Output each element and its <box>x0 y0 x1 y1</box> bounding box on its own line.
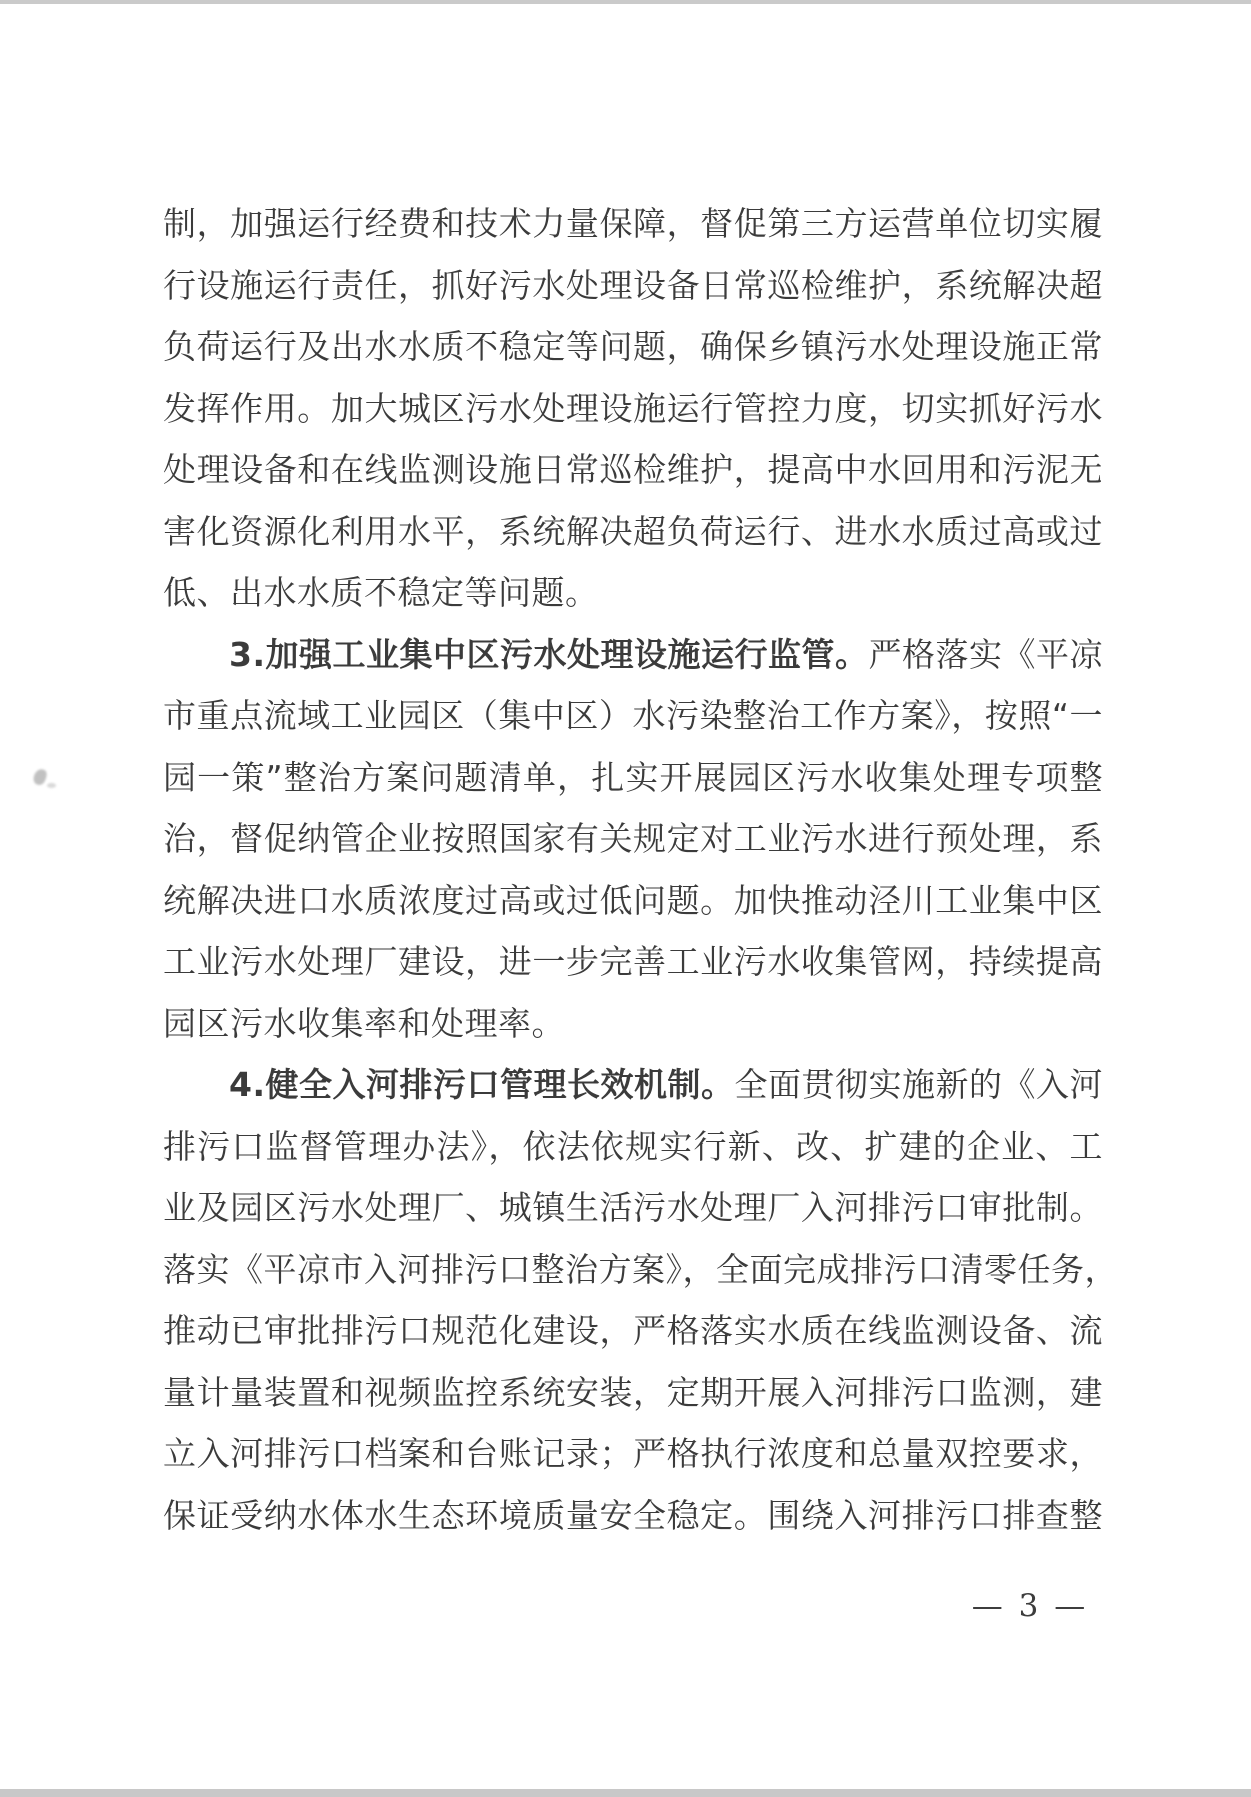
scan-edge-bottom <box>0 1789 1251 1797</box>
text-line: 落实《平凉市入河排污口整治方案》，全面完成排污口清零任务， <box>163 1239 1103 1301</box>
body-text: 立入河排污口档案和台账记录；严格执行浓度和总量双控要求， <box>163 1434 1103 1473</box>
text-line: 保证受纳水体水生态环境质量安全稳定。围绕入河排污口排查整 <box>163 1485 1103 1547</box>
text-line: 园区污水收集率和处理率。 <box>163 993 1103 1055</box>
text-line: 4.健全入河排污口管理长效机制。全面贯彻实施新的《入河 <box>163 1054 1103 1116</box>
text-line: 排污口监督管理办法》，依法依规实行新、改、扩建的企业、工 <box>163 1116 1103 1178</box>
body-text: 业及园区污水处理厂、城镇生活污水处理厂入河排污口审批制。 <box>163 1188 1103 1227</box>
paragraph-heading-text: 4.健全入河排污口管理长效机制。 <box>229 1065 735 1104</box>
text-line: 统解决进口水质浓度过高或过低问题。加快推动泾川工业集中区 <box>163 870 1103 932</box>
body-text: 统解决进口水质浓度过高或过低问题。加快推动泾川工业集中区 <box>163 881 1103 920</box>
text-line: 市重点流域工业园区（集中区）水污染整治工作方案》，按照“一 <box>163 685 1103 747</box>
text-line: 害化资源化利用水平，系统解决超负荷运行、进水水质过高或过 <box>163 501 1103 563</box>
body-text: 严格落实《平凉 <box>869 635 1104 674</box>
text-line: 治，督促纳管企业按照国家有关规定对工业污水进行预处理，系 <box>163 808 1103 870</box>
ink-smudge <box>47 783 56 788</box>
body-text: 负荷运行及出水水质不稳定等问题，确保乡镇污水处理设施正常 <box>163 327 1103 366</box>
body-text: 推动已审批排污口规范化建设，严格落实水质在线监测设备、流 <box>163 1311 1103 1350</box>
text-line: 园一策”整治方案问题清单，扎实开展园区污水收集处理专项整 <box>163 747 1103 809</box>
text-line: 工业污水处理厂建设，进一步完善工业污水收集管网，持续提高 <box>163 931 1103 993</box>
body-text: 害化资源化利用水平，系统解决超负荷运行、进水水质过高或过 <box>163 512 1103 551</box>
body-text: 发挥作用。加大城区污水处理设施运行管控力度，切实抓好污水 <box>163 389 1103 428</box>
body-text: 全面贯彻实施新的《入河 <box>735 1065 1104 1104</box>
text-line: 处理设备和在线监测设施日常巡检维护，提高中水回用和污泥无 <box>163 439 1103 501</box>
text-line: 行设施运行责任，抓好污水处理设备日常巡检维护，系统解决超 <box>163 255 1103 317</box>
body-text: 园区污水收集率和处理率。 <box>163 1004 565 1043</box>
body-text: 落实《平凉市入河排污口整治方案》，全面完成排污口清零任务， <box>163 1250 1118 1289</box>
scanned-document-page: 制，加强运行经费和技术力量保障，督促第三方运营单位切实履行设施运行责任，抓好污水… <box>0 0 1251 1797</box>
body-text: 行设施运行责任，抓好污水处理设备日常巡检维护，系统解决超 <box>163 266 1103 305</box>
body-text: 市重点流域工业园区（集中区）水污染整治工作方案》，按照“一 <box>163 696 1103 735</box>
scan-edge-top <box>0 0 1251 4</box>
body-text: 处理设备和在线监测设施日常巡检维护，提高中水回用和污泥无 <box>163 450 1103 489</box>
body-text: 治，督促纳管企业按照国家有关规定对工业污水进行预处理，系 <box>163 819 1103 858</box>
text-line: 低、出水水质不稳定等问题。 <box>163 562 1103 624</box>
text-block: 制，加强运行经费和技术力量保障，督促第三方运营单位切实履行设施运行责任，抓好污水… <box>163 193 1103 1546</box>
body-text: 低、出水水质不稳定等问题。 <box>163 573 599 612</box>
text-line: 负荷运行及出水水质不稳定等问题，确保乡镇污水处理设施正常 <box>163 316 1103 378</box>
body-text: 保证受纳水体水生态环境质量安全稳定。围绕入河排污口排查整 <box>163 1496 1103 1535</box>
paragraph-heading-text: 3.加强工业集中区污水处理设施运行监管。 <box>229 635 869 674</box>
text-line: 量计量装置和视频监控系统安装，定期开展入河排污口监测，建 <box>163 1362 1103 1424</box>
body-text: 制，加强运行经费和技术力量保障，督促第三方运营单位切实履 <box>163 204 1103 243</box>
text-line: 3.加强工业集中区污水处理设施运行监管。严格落实《平凉 <box>163 624 1103 686</box>
page-number: — 3 — <box>940 1586 1120 1626</box>
body-text: 工业污水处理厂建设，进一步完善工业污水收集管网，持续提高 <box>163 942 1103 981</box>
body-text: 排污口监督管理办法》，依法依规实行新、改、扩建的企业、工 <box>163 1127 1103 1166</box>
text-line: 业及园区污水处理厂、城镇生活污水处理厂入河排污口审批制。 <box>163 1177 1103 1239</box>
text-line: 发挥作用。加大城区污水处理设施运行管控力度，切实抓好污水 <box>163 378 1103 440</box>
text-line: 立入河排污口档案和台账记录；严格执行浓度和总量双控要求， <box>163 1423 1103 1485</box>
body-text: 量计量装置和视频监控系统安装，定期开展入河排污口监测，建 <box>163 1373 1103 1412</box>
body-text: 园一策”整治方案问题清单，扎实开展园区污水收集处理专项整 <box>163 758 1103 797</box>
text-line: 推动已审批排污口规范化建设，严格落实水质在线监测设备、流 <box>163 1300 1103 1362</box>
ink-smudge <box>32 768 48 787</box>
text-line: 制，加强运行经费和技术力量保障，督促第三方运营单位切实履 <box>163 193 1103 255</box>
